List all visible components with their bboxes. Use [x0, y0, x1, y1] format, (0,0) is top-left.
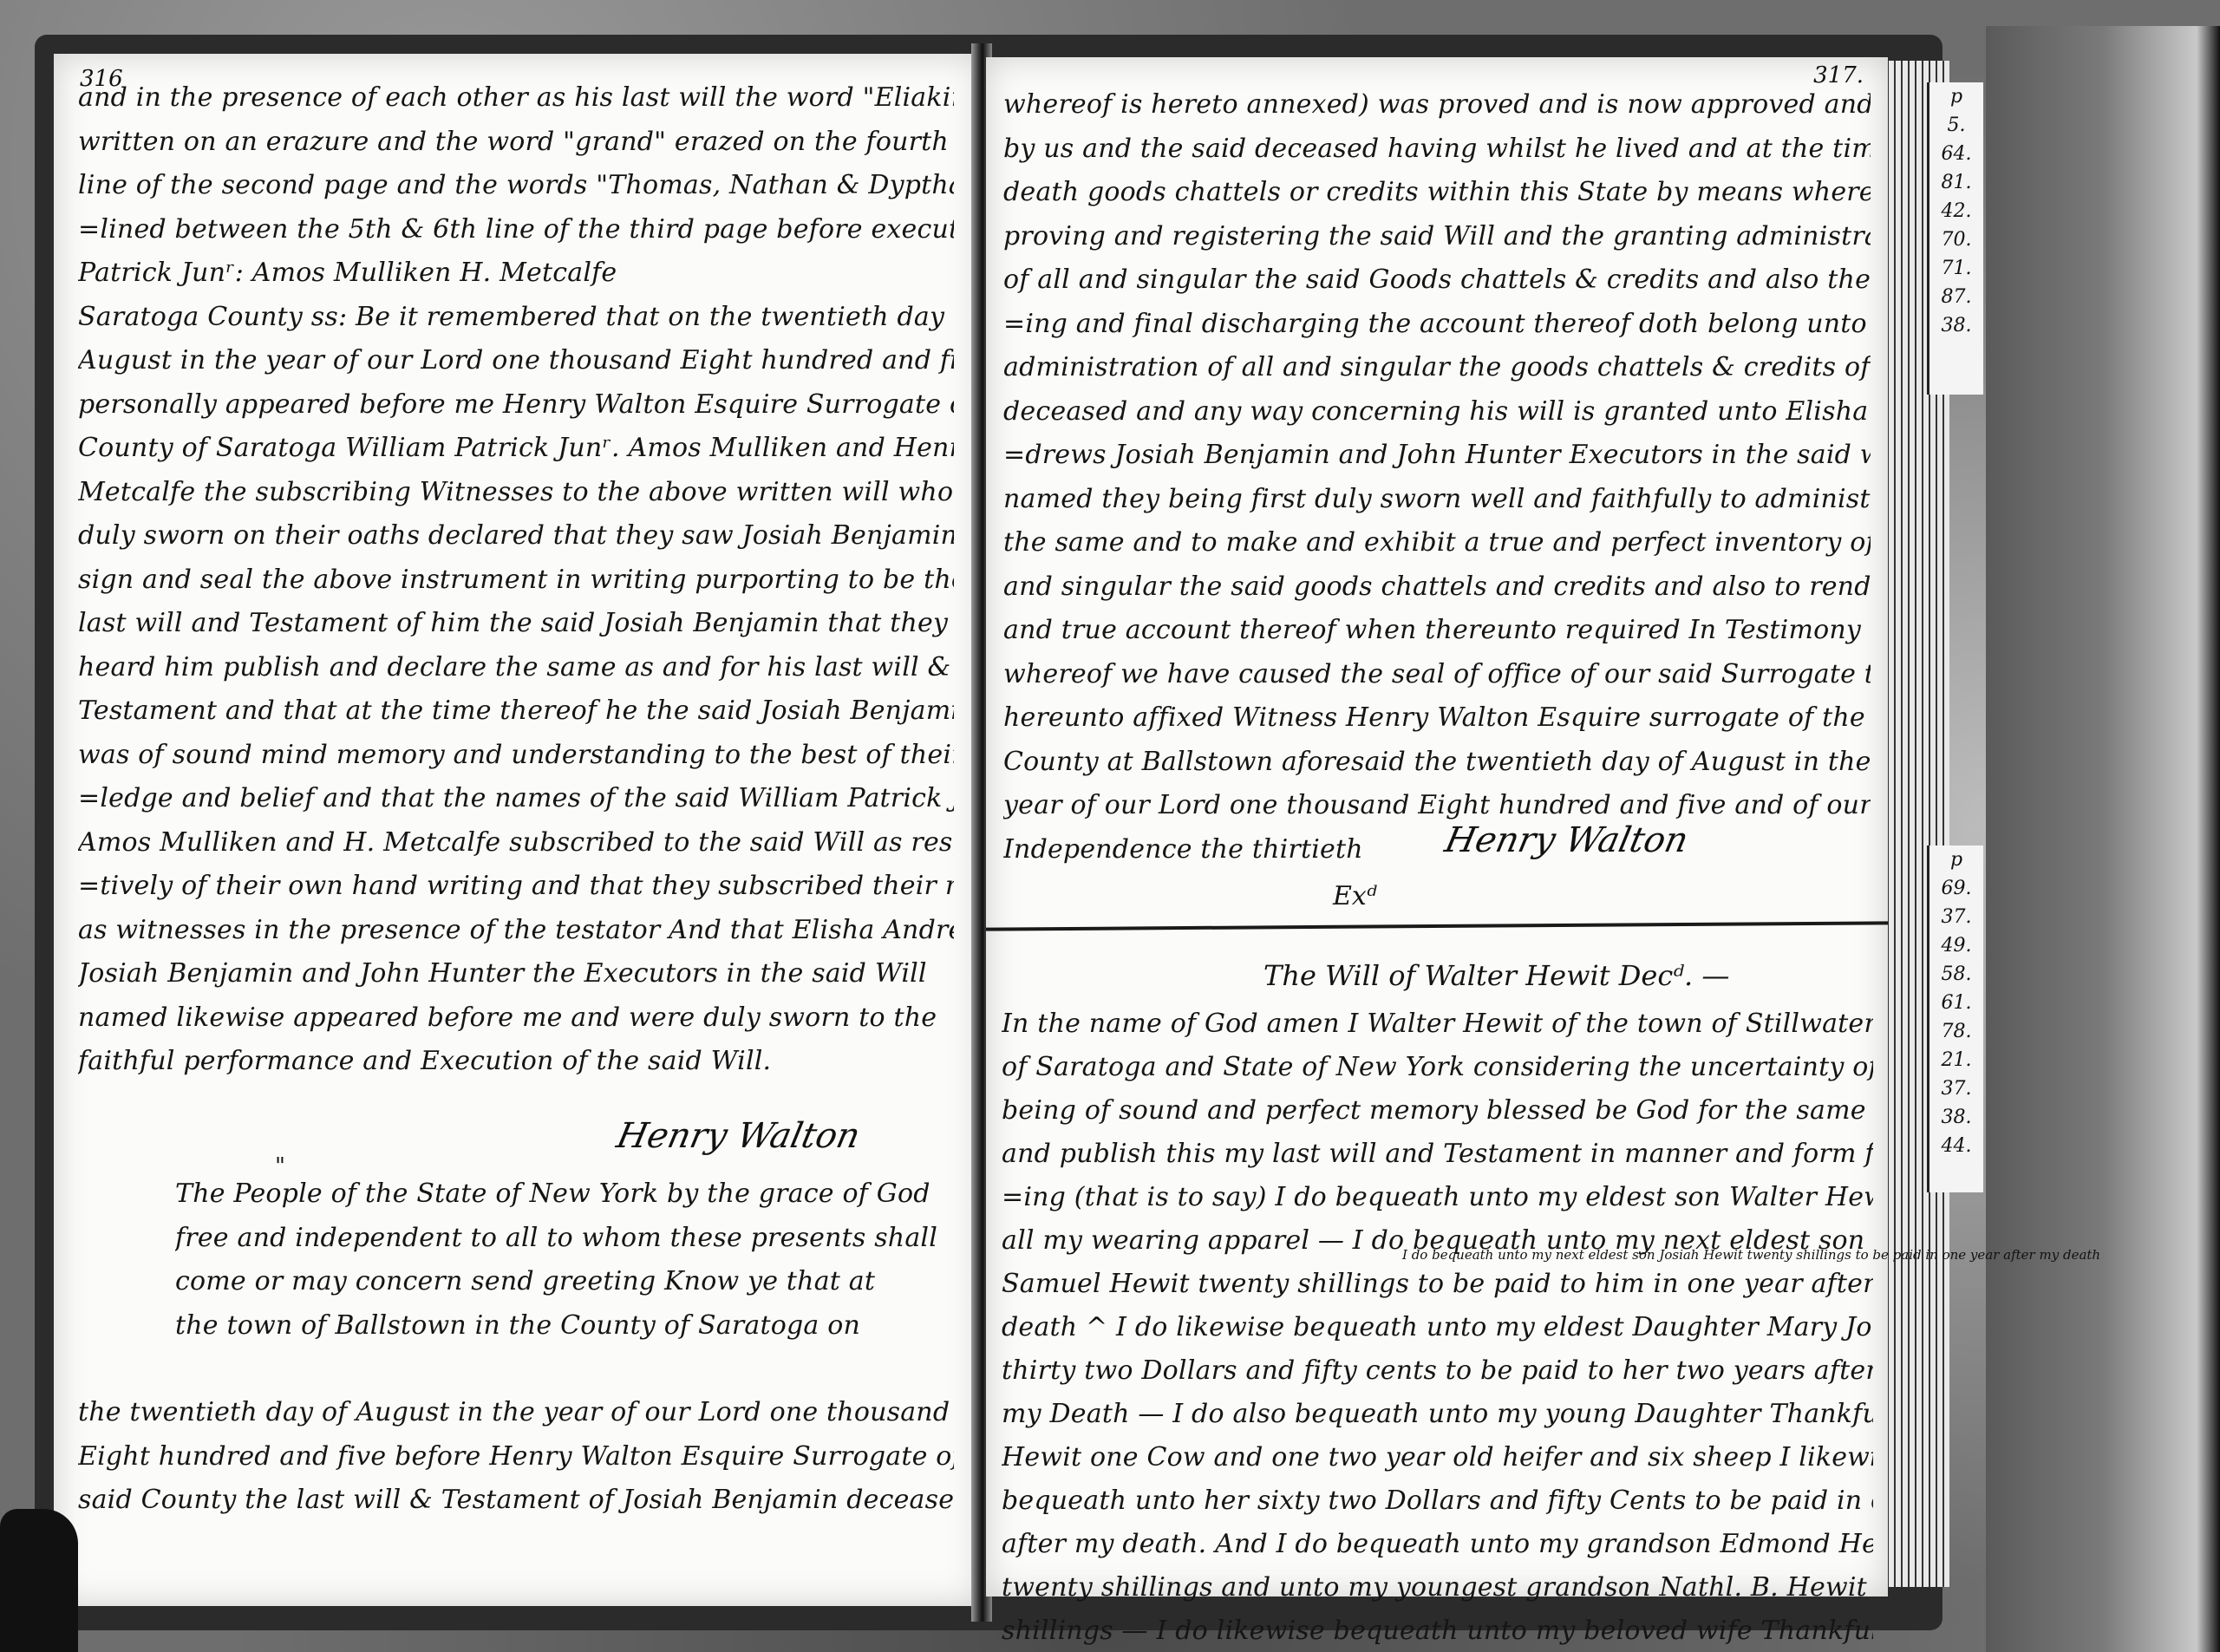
text-line: of all and singular the said Goods chatt…: [1003, 258, 1871, 303]
surrogate-signature: Henry Walton: [1441, 820, 1692, 860]
index-number: 81.: [1929, 168, 1983, 197]
text-line: after my death. And I do bequeath unto m…: [1002, 1523, 1873, 1566]
text-line: hereunto affixed Witness Henry Walton Es…: [1003, 696, 1871, 741]
text-line: all my wearing apparel — I do bequeath u…: [1002, 1219, 1873, 1263]
text-line: personally appeared before me Henry Walt…: [78, 383, 954, 428]
text-line: was of sound mind memory and understandi…: [78, 734, 954, 778]
letters-testamentary-text: whereof is hereto annexed) was proved an…: [1003, 83, 1871, 872]
text-line: =lined between the 5th & 6th line of the…: [78, 208, 954, 252]
will-text: In the name of God amen I Walter Hewit o…: [1002, 1002, 1873, 1652]
index-tab-top[interactable]: p 5. 64. 81. 42. 70. 71. 87. 38.: [1927, 82, 1983, 395]
text-line: written on an erazure and the word "gran…: [78, 121, 954, 165]
index-number: 38.: [1929, 1103, 1983, 1132]
text-line: of Saratoga and State of New York consid…: [1002, 1046, 1873, 1089]
index-tab-bottom[interactable]: p 69. 37. 49. 58. 61. 78. 21. 37. 38. 44…: [1927, 846, 1983, 1192]
text-line: Josiah Benjamin and John Hunter the Exec…: [78, 952, 954, 996]
text-line: the town of Ballstown in the County of S…: [175, 1304, 947, 1348]
text-line: =drews Josiah Benjamin and John Hunter E…: [1003, 434, 1871, 478]
text-line: proving and registering the said Will an…: [1003, 215, 1871, 259]
text-line: August in the year of our Lord one thous…: [78, 339, 954, 383]
letters-testamentary-continued: the twentieth day of August in the year …: [78, 1391, 954, 1523]
text-line: Independence the thirtieth: [1003, 828, 1871, 872]
text-line: as witnesses in the presence of the test…: [78, 909, 954, 953]
index-number: 37.: [1929, 1074, 1983, 1103]
index-number: 87.: [1929, 283, 1983, 311]
text-line: Hewit one Cow and one two year old heife…: [1002, 1436, 1873, 1479]
text-line: last will and Testament of him the said …: [78, 602, 954, 646]
text-line: =tively of their own hand writing and th…: [78, 865, 954, 909]
right-page: 317. whereof is hereto annexed) was prov…: [984, 57, 1888, 1596]
text-line: The People of the State of New York by t…: [175, 1172, 947, 1217]
book-clasp: [0, 1509, 78, 1652]
section-divider: [986, 921, 1888, 930]
text-line: and publish this my last will and Testam…: [1002, 1133, 1873, 1176]
text-line: =ing (that is to say) I do bequeath unto…: [1002, 1176, 1873, 1219]
index-number: 78.: [1929, 1017, 1983, 1046]
text-line: heard him publish and declare the same a…: [78, 646, 954, 690]
text-line: Patrick Junʳ: Amos Mulliken H. Metcalfe: [78, 251, 954, 296]
text-line: whereof is hereto annexed) was proved an…: [1003, 83, 1871, 127]
index-number: 61.: [1929, 989, 1983, 1017]
text-line: Amos Mulliken and H. Metcalfe subscribed…: [78, 821, 954, 865]
text-line: sign and seal the above instrument in wr…: [78, 558, 954, 603]
text-line: administration of all and singular the g…: [1003, 346, 1871, 390]
text-line: =ing and final discharging the account t…: [1003, 303, 1871, 347]
text-line: the same and to make and exhibit a true …: [1003, 521, 1871, 565]
text-line: County at Ballstown aforesaid the twenti…: [1003, 741, 1871, 785]
text-line: said County the last will & Testament of…: [78, 1479, 954, 1523]
index-number: 44.: [1929, 1132, 1983, 1160]
index-number: 21.: [1929, 1046, 1983, 1074]
text-line: named likewise appeared before me and we…: [78, 996, 954, 1041]
text-line: =ledge and belief and that the names of …: [78, 777, 954, 821]
text-line: Testament and that at the time thereof h…: [78, 689, 954, 734]
probate-record-text: and in the presence of each other as his…: [78, 76, 954, 1084]
index-header: p: [1929, 82, 1983, 111]
text-line: death goods chattels or credits within t…: [1003, 171, 1871, 215]
text-line: the twentieth day of August in the year …: [78, 1391, 954, 1435]
text-line: deceased and any way concerning his will…: [1003, 390, 1871, 434]
text-line: by us and the said deceased having whils…: [1003, 127, 1871, 172]
text-line: thirty two Dollars and fifty cents to be…: [1002, 1349, 1873, 1393]
text-line: and true account thereof when thereunto …: [1003, 609, 1871, 653]
text-line: County of Saratoga William Patrick Junʳ.…: [78, 427, 954, 471]
index-number: 37.: [1929, 903, 1983, 931]
text-line: being of sound and perfect memory blesse…: [1002, 1089, 1873, 1133]
text-line: bequeath unto her sixty two Dollars and …: [1002, 1479, 1873, 1523]
text-line: line of the second page and the words "T…: [78, 164, 954, 208]
index-number: 58.: [1929, 960, 1983, 989]
text-line: Saratoga County ss: Be it remembered tha…: [78, 296, 954, 340]
text-line: shillings — I do likewise bequeath unto …: [1002, 1610, 1873, 1652]
index-number: 64.: [1929, 140, 1983, 168]
surrogate-signature: Henry Walton: [613, 1116, 864, 1156]
text-line: Eight hundred and five before Henry Walt…: [78, 1435, 954, 1479]
text-line: death ^ I do likewise bequeath unto my e…: [1002, 1306, 1873, 1349]
text-line: and in the presence of each other as his…: [78, 76, 954, 121]
text-line: Samuel Hewit twenty shillings to be paid…: [1002, 1263, 1873, 1306]
text-line: duly sworn on their oaths declared that …: [78, 514, 954, 558]
left-page: 316 and in the presence of each other as…: [54, 54, 984, 1606]
index-number: 69.: [1929, 874, 1983, 903]
text-line: twenty shillings and unto my youngest gr…: [1002, 1566, 1873, 1610]
index-number: 5.: [1929, 111, 1983, 140]
book-cover-edge: [1986, 26, 2220, 1652]
index-number: 38.: [1929, 311, 1983, 340]
index-number: 49.: [1929, 931, 1983, 960]
text-line: Metcalfe the subscribing Witnesses to th…: [78, 471, 954, 515]
letters-testamentary-text: The People of the State of New York by t…: [175, 1172, 947, 1348]
text-line: In the name of God amen I Walter Hewit o…: [1002, 1002, 1873, 1046]
index-number: 42.: [1929, 197, 1983, 225]
index-number: 71.: [1929, 254, 1983, 283]
index-header: p: [1929, 846, 1983, 874]
text-line: named they being first duly sworn well a…: [1003, 478, 1871, 522]
text-line: my Death — I do also bequeath unto my yo…: [1002, 1393, 1873, 1436]
text-line: year of our Lord one thousand Eight hund…: [1003, 784, 1871, 828]
text-line: free and independent to all to whom thes…: [175, 1217, 947, 1261]
text-line: and singular the said goods chattels and…: [1003, 565, 1871, 610]
examined-mark: Exᵈ: [1333, 881, 1377, 911]
text-line: come or may concern send greeting Know y…: [175, 1260, 947, 1304]
text-line: whereof we have caused the seal of offic…: [1003, 653, 1871, 697]
text-line: faithful performance and Execution of th…: [78, 1040, 954, 1084]
will-heading: The Will of Walter Hewit Decᵈ. —: [1263, 959, 1729, 992]
index-number: 70.: [1929, 225, 1983, 254]
